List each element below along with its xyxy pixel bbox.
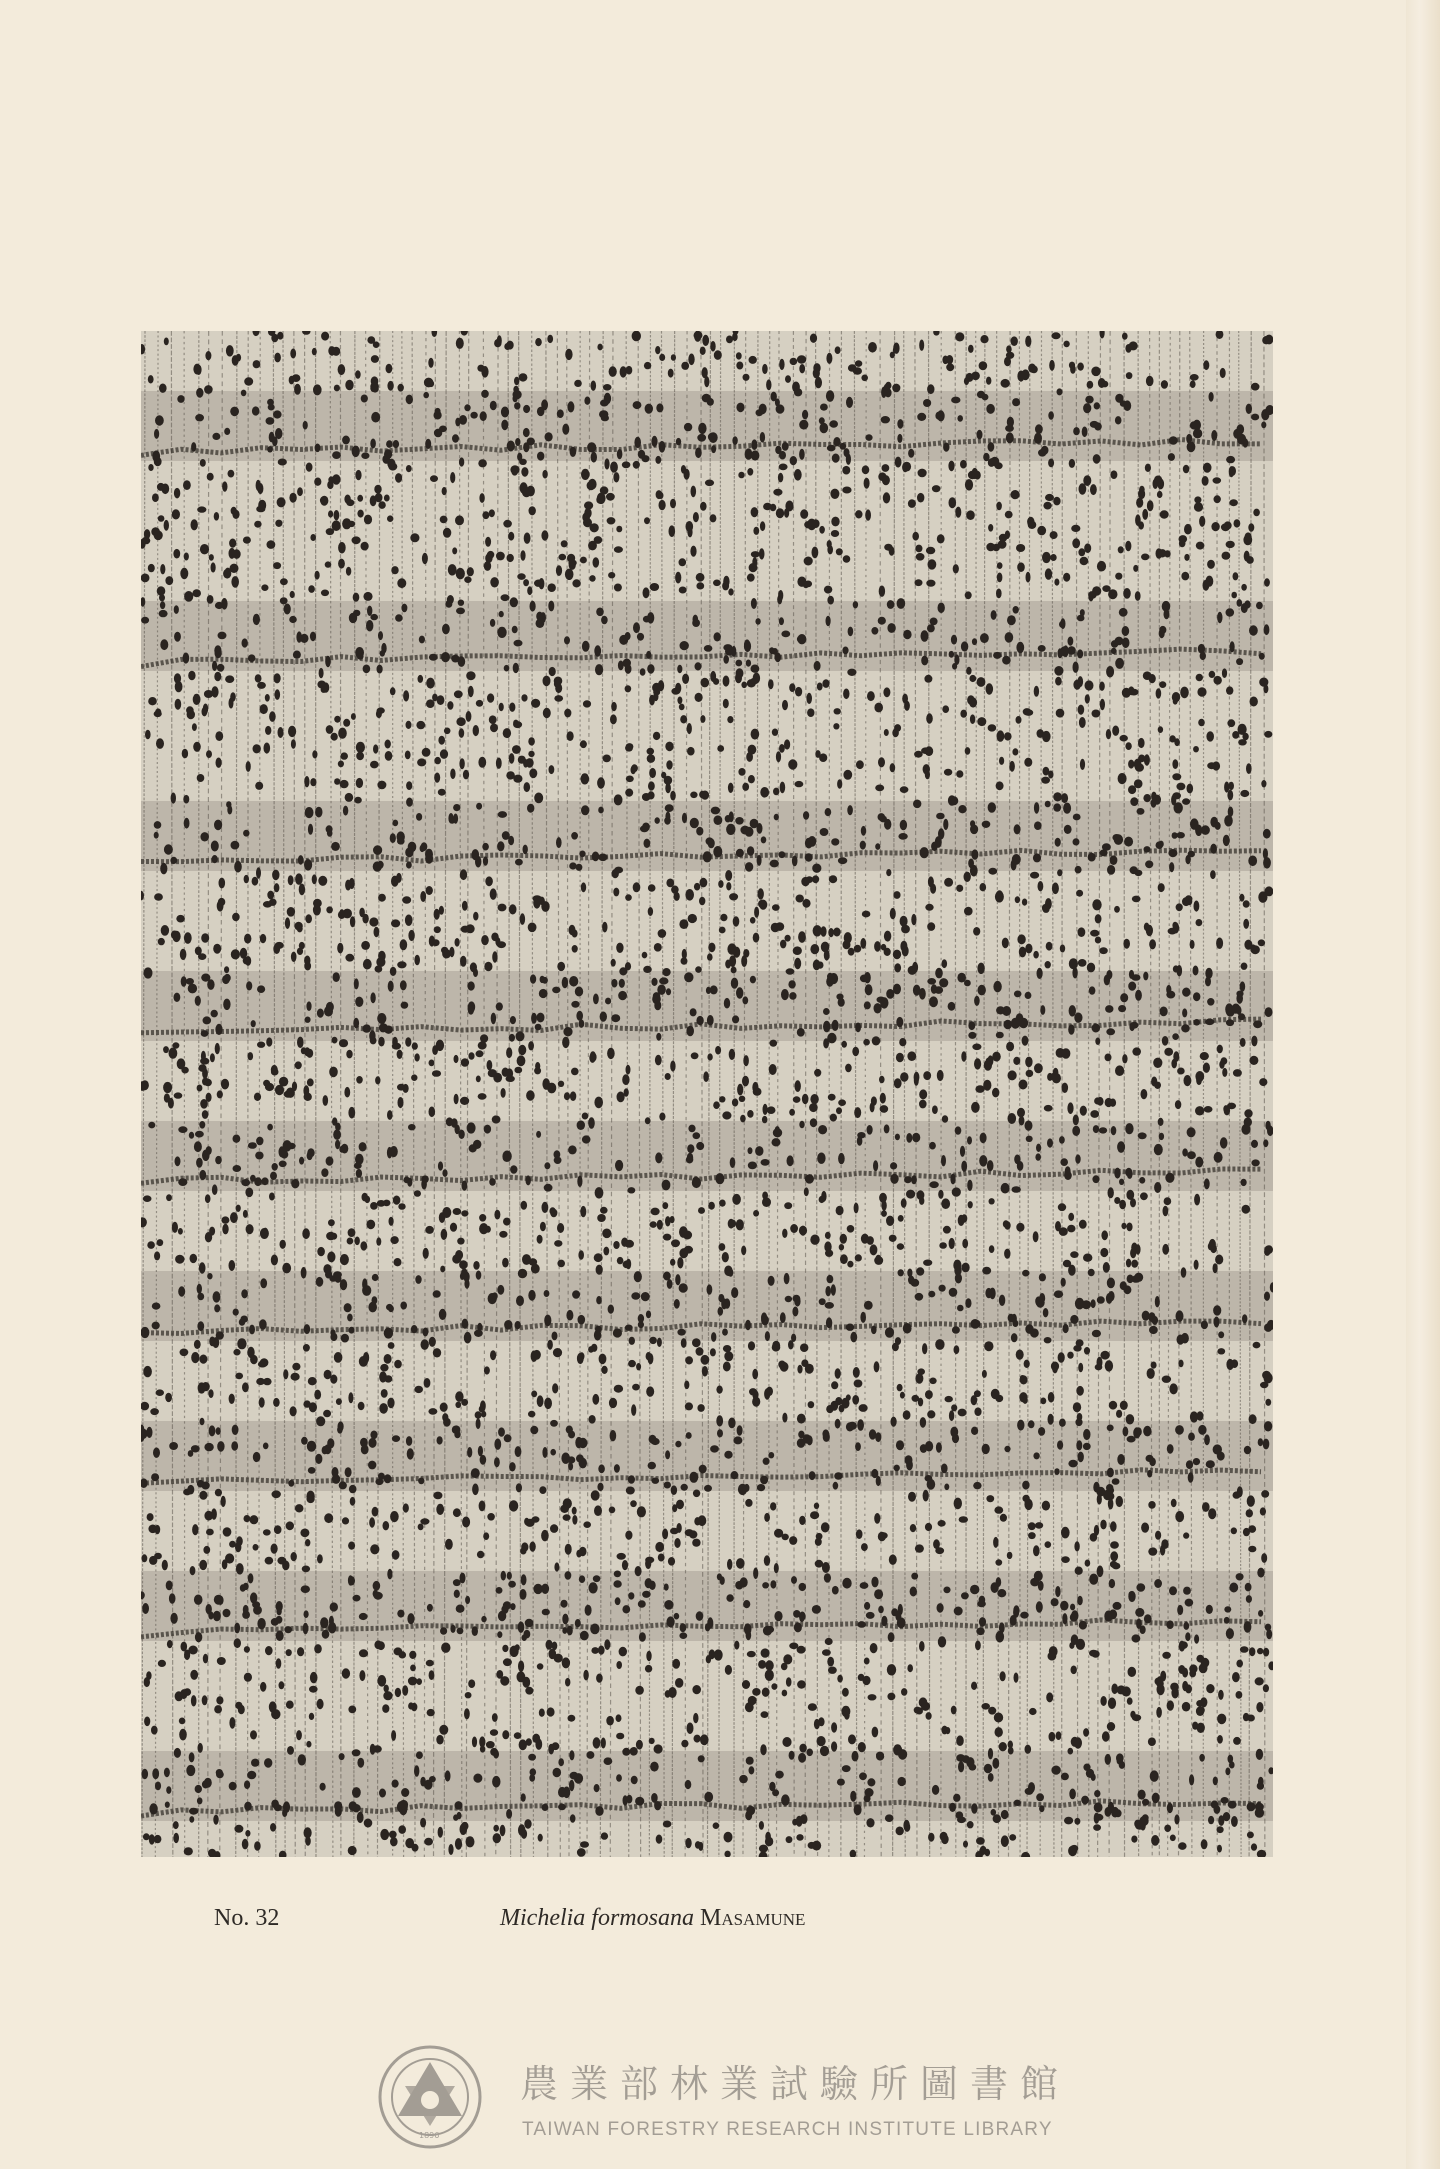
page-edge [1406, 0, 1440, 2169]
library-watermark: 1896 農業部林業試驗所圖書館 TAIWAN FORESTRY RESEARC… [370, 2037, 1090, 2157]
svg-text:1896: 1896 [419, 2131, 439, 2140]
plate-number: No. 32 [214, 1905, 279, 1932]
wood-cross-section-image [141, 331, 1273, 1857]
species-binomial: Michelia formosana [500, 1905, 694, 1931]
institute-logo-icon: 1896 [375, 2042, 485, 2152]
species-author: Masamune [700, 1905, 805, 1931]
wood-micrograph-plate [141, 331, 1273, 1857]
library-name-chinese: 農業部林業試驗所圖書館 [520, 2053, 1070, 2108]
species-name: Michelia formosanaMasamune [500, 1905, 805, 1932]
library-name-english: TAIWAN FORESTRY RESEARCH INSTITUTE LIBRA… [522, 2119, 1053, 2141]
plate-caption: No. 32 Michelia formosanaMasamune [0, 1905, 1440, 1945]
